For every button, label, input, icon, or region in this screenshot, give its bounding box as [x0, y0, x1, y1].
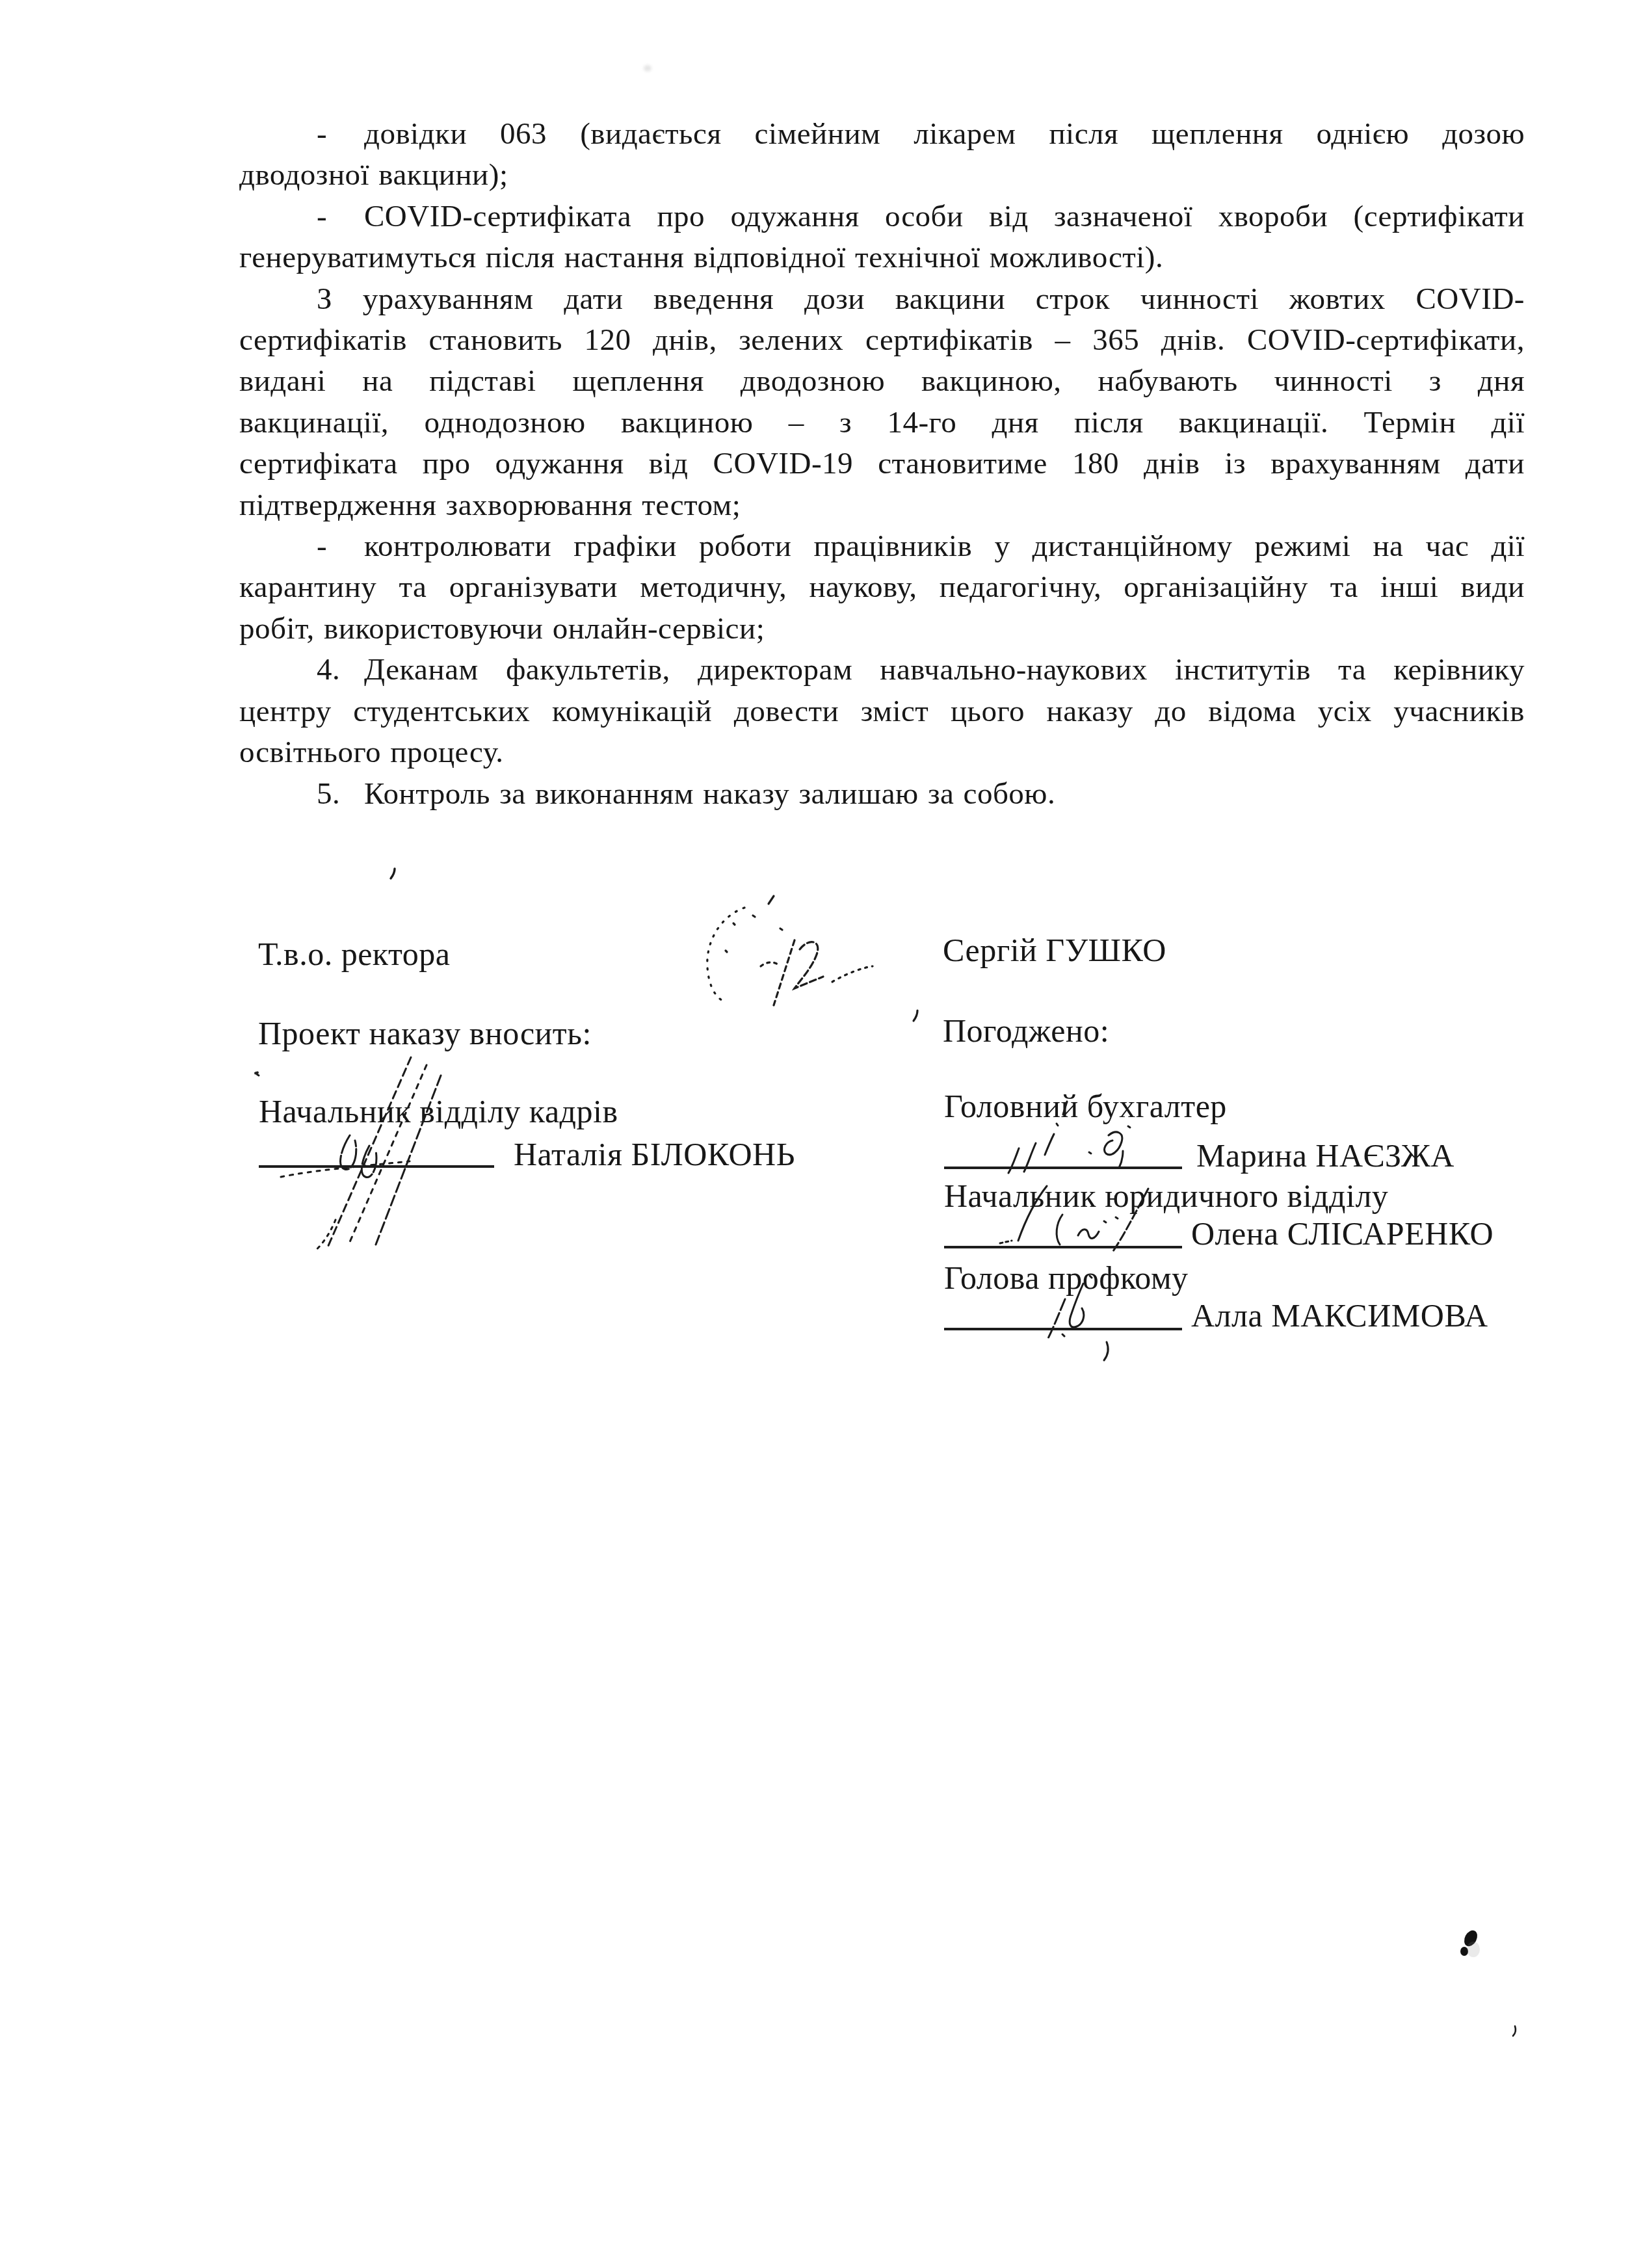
signer-name-maksymova: Алла МАКСИМОВА [1191, 1297, 1488, 1334]
signer-name-slisarenko: Олена СЛІСАРЕНКО [1191, 1215, 1494, 1252]
body-line: сертифіката про одужання від COVID-19 ст… [239, 443, 1525, 484]
ink-blot [1458, 1927, 1484, 1964]
list-marker: - [317, 196, 364, 237]
body-line: 5.Контроль за виконанням наказу залишаю … [239, 774, 1525, 815]
faint-scan-speck [644, 65, 651, 72]
order-body-text: -довідки 063 (видається сімейним лікарем… [239, 114, 1525, 815]
rector-name: Сергій ГУШКО [943, 931, 1166, 969]
list-marker: 5. [317, 774, 364, 815]
rector-title: Т.в.о. ректора [258, 935, 450, 973]
signature-line [944, 1246, 1182, 1248]
signer-name-bilokon: Наталія БІЛОКОНЬ [514, 1135, 795, 1173]
scan-speck-apostrophe [389, 867, 398, 880]
rector-signature-scribble [683, 890, 878, 1023]
body-line: -контролювати графіки роботи працівників… [239, 526, 1525, 567]
body-line: центру студентських комунікацій довести … [239, 691, 1525, 732]
list-marker: - [317, 526, 364, 567]
body-line: освітнього процесу. [239, 732, 1525, 773]
signature-scribble-bilokon [273, 1052, 468, 1261]
body-line: -COVID-сертифіката про одужання особи ві… [239, 196, 1525, 237]
body-line: генеруватимуться після настання відповід… [239, 237, 1525, 278]
signature-scribble-maksymova [1027, 1268, 1151, 1365]
body-line: підтвердження захворювання тестом; [239, 485, 1525, 526]
body-line: дводозної вакцини); [239, 155, 1525, 196]
list-marker: - [317, 114, 364, 155]
document-page: { "document": { "kind": "scanned order p… [0, 0, 1632, 2268]
agreed-label: Погоджено: [943, 1012, 1109, 1049]
scan-speck-comma [1511, 2025, 1519, 2038]
signature-line [259, 1165, 494, 1168]
body-line: вакцинації, однодозною вакциною – з 14-г… [239, 402, 1525, 443]
project-intro-label: Проект наказу вносить: [258, 1014, 592, 1052]
body-line: карантину та організувати методичну, нау… [239, 567, 1525, 608]
body-line: робіт, використовуючи онлайн-сервіси; [239, 609, 1525, 650]
body-line: видані на підставі щеплення дводозною ва… [239, 361, 1525, 402]
body-line: З урахуванням дати введення дози вакцини… [239, 279, 1525, 320]
signature-line [944, 1167, 1182, 1169]
body-line: сертифікатів становить 120 днів, зелених… [239, 320, 1525, 361]
scan-speck-tick [912, 1009, 921, 1023]
signer-name-nayezzha: Марина НАЄЗЖА [1196, 1137, 1454, 1174]
body-line: 4.Деканам факультетів, директорам навчал… [239, 650, 1525, 691]
signature-line [944, 1328, 1182, 1330]
list-marker: 4. [317, 650, 364, 691]
body-line: -довідки 063 (видається сімейним лікарем… [239, 114, 1525, 155]
